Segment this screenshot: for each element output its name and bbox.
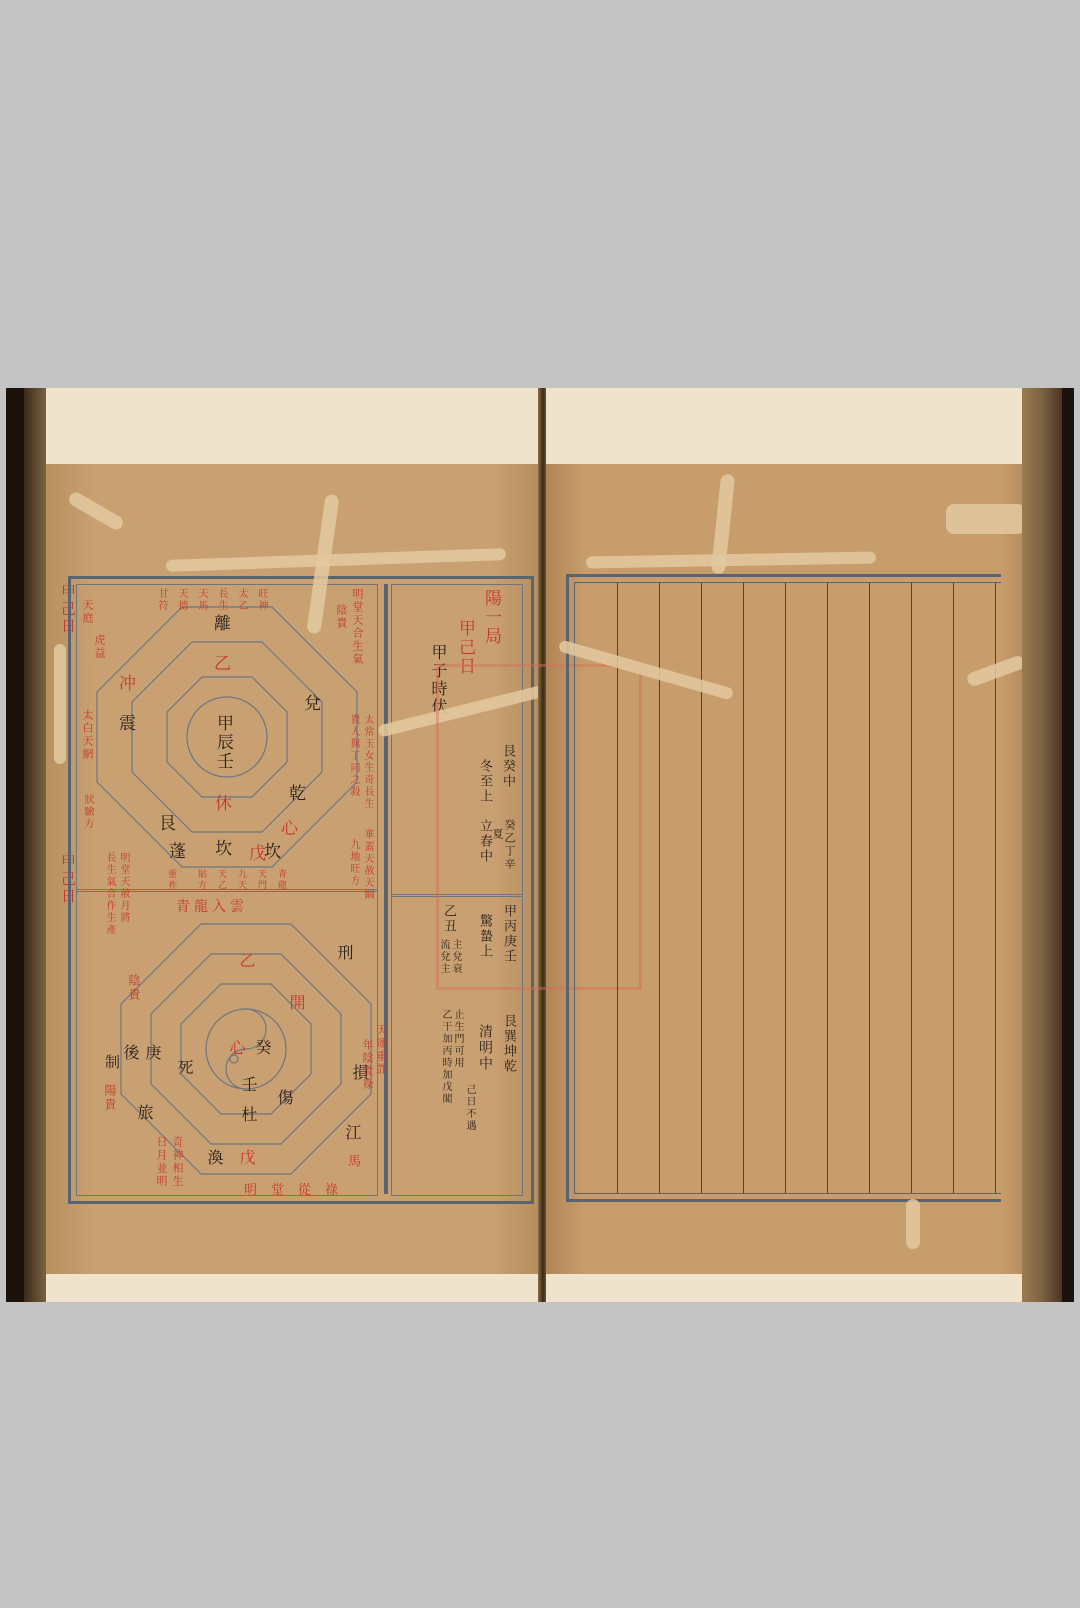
note-top: 旺神 [256,588,266,612]
column-rule [743,583,744,1193]
note-bottom-left: 長生氣合作生產 [104,852,114,936]
palace-kan: 坎 [212,839,229,858]
column-rule [911,583,912,1193]
outer-huan: 渙 [206,1149,222,1167]
column-rule [953,583,954,1193]
text-col: 清明中 [478,1024,492,1072]
outer-xin: 心 [278,819,295,838]
note-left: 天庭 [82,599,93,625]
text-col-small: 止生門可用 [452,1009,462,1069]
note-right: 年陰貴祿 [362,1039,373,1091]
gate-si: 死 [176,1059,192,1077]
book-edge-right [1022,388,1062,1302]
right-page-leaf [546,464,1040,1274]
right-page [546,388,1040,1302]
note-right: 太常玉女生奇長生 [362,714,372,810]
note-bottom: 天門 [256,869,265,891]
outer-chong: 冲 [116,674,133,693]
note-right: 天遁重詐 [376,1024,387,1076]
note-bottom-left: 明堂天赦月將 [118,852,128,924]
worm-damage [946,504,1026,534]
note-bottom: 明堂從祿 [244,1179,352,1198]
book-spread: 甲己日 甲己日 甲辰壬 坎 休 戊 蓬 坎 [6,388,1074,1302]
text-col-small: 己日不遇 [464,1084,474,1132]
center-gui: 癸 [254,1039,270,1057]
worm-damage [67,490,126,532]
header-yang-yi-ju: 陽一局 [482,589,499,646]
worm-damage [54,644,66,764]
outer-peng: 蓬 [166,842,183,861]
column-divider [384,584,388,1194]
note-bottom: 青龍 [276,869,285,891]
note-bottom: 重祚 [166,869,175,891]
note-left: 虎益 [94,634,105,660]
note-right: 貴人與丁同之殺 [348,714,358,798]
outer-geng: 庚 [144,1044,160,1062]
text-col-small: 乙干加丙時加戊閣 [440,1009,450,1109]
note-bottom-right: 華蓋天赦天綱 [362,829,372,901]
note-bottom-right: 九地旺方 [348,839,358,887]
worm-damage [906,1199,920,1249]
column-rule [827,583,828,1193]
note-zhi: 制 [104,1054,119,1071]
center-xin: 心 [228,1039,244,1057]
column-rule [869,583,870,1193]
gate-du: 杜 [240,1106,256,1124]
outer-jiang: 江 [344,1124,360,1142]
gate-shang: 傷 [276,1089,292,1107]
worm-damage [166,548,506,572]
note-bottom: 天乙 [216,869,225,891]
note-yin-gui: 陰貴 [128,974,140,1002]
outer-lv: 旅 [136,1104,152,1122]
diagram-title-bottom: 青龍入雲 [176,896,248,916]
note-bottom-left: 日月並明 [156,1136,167,1188]
palace-gen: 艮 [156,814,173,833]
palace-qian: 乾 [286,784,303,803]
center-ren: 壬 [240,1076,256,1094]
note-left: 太白天網 [82,709,93,761]
diagram-center: 甲辰壬 [214,714,231,771]
note-ma: 馬 [346,1154,359,1169]
note-top-right: 陰貴 [336,604,347,630]
worm-damage [586,551,876,568]
outer-kan: 坎 [261,842,278,861]
note-top: 天馬 [196,588,206,612]
note-top: 長生 [216,588,226,612]
stem-wu-bottom: 戊 [238,1149,254,1167]
note-bottom: 九天 [236,869,245,891]
note-top: 太乙 [236,588,246,612]
note-top: 甘符 [156,588,166,612]
text-col: 艮巽坤乾 [502,1014,515,1074]
column-rule [617,583,618,1193]
note-bottom: 貼方 [196,869,205,891]
gate-xiu: 休 [212,794,229,813]
outer-yi: 乙 [211,654,228,673]
palace-dui: 兌 [301,694,318,713]
column-rule [701,583,702,1193]
outer-xing: 刑 [336,944,352,962]
outer-yi-bottom: 乙 [238,952,254,970]
outer-hou: 後 [122,1044,138,1062]
palace-li: 離 [211,614,228,633]
note-bottom-left: 奇神相生 [172,1136,183,1188]
note-left: 狀驗方 [82,794,92,830]
gate-kai: 開 [288,994,304,1012]
note-top-right: 明堂天合生氣 [352,588,363,666]
note-yang-gui: 陽貴 [104,1084,116,1112]
palace-zhen: 震 [116,714,133,733]
column-rule [785,583,786,1193]
note-top: 天德 [176,588,186,612]
